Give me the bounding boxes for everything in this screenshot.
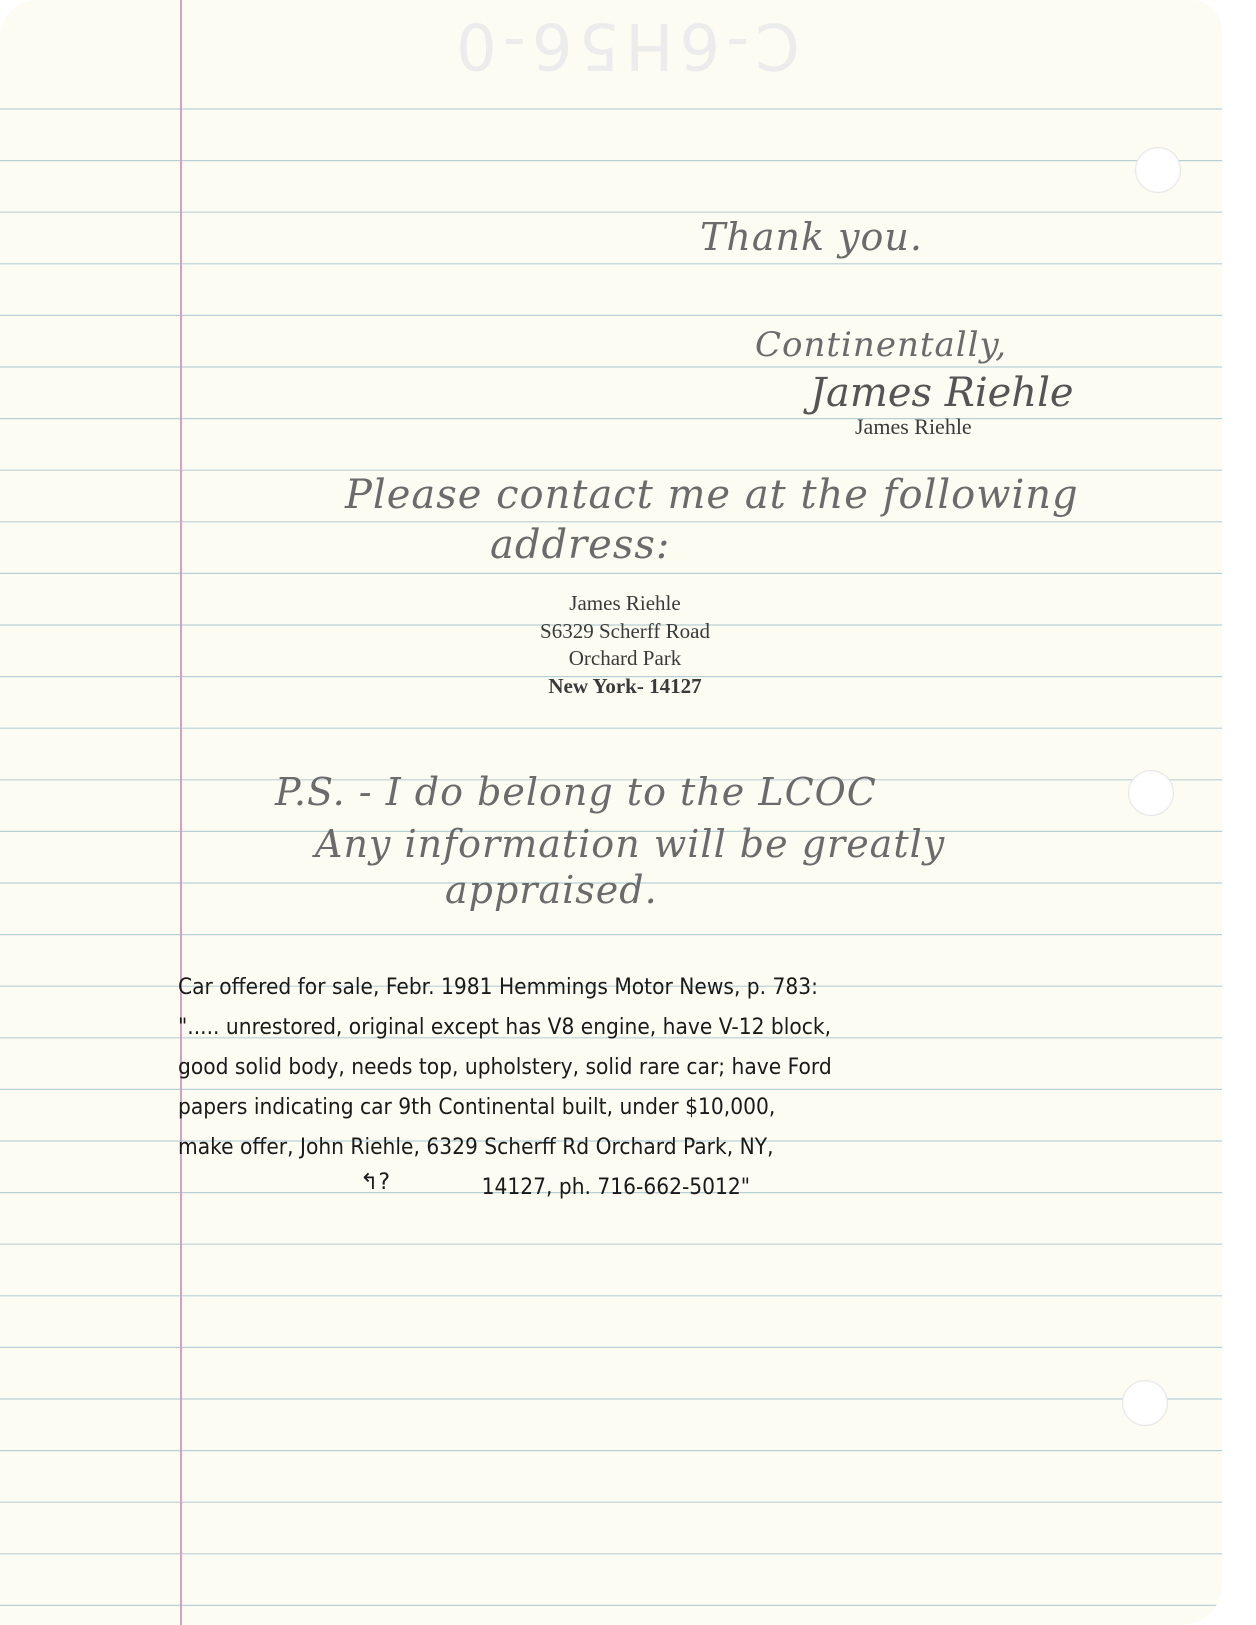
punch-hole [1135,147,1181,193]
address-city: Orchard Park [460,645,790,673]
contact-request-line2: address: [490,522,670,568]
annotation-line: papers indicating car 9th Continental bu… [178,1088,896,1128]
address-street: S6329 Scherff Road [460,618,790,646]
contact-request-line1: Please contact me at the following [345,472,1079,518]
annotation-line: Car offered for sale, Febr. 1981 Hemming… [178,968,896,1008]
notebook-page: C-6H56-0 Thank you. Continentally, James… [0,0,1222,1625]
signature: James Riehle [810,370,1074,416]
faint-stamp: C-6H56-0 [450,8,800,82]
punch-hole [1128,770,1174,816]
annotation-line: good solid body, needs top, upholstery, … [178,1048,896,1088]
punch-hole [1122,1380,1168,1426]
postscript-line1: P.S. - I do belong to the LCOC [275,770,877,814]
postscript-line3: appraised. [445,868,658,912]
valediction: Continentally, [755,325,1007,365]
margin-line [180,0,182,1625]
typed-name: James Riehle [855,414,972,440]
postscript-line2: Any information will be greatly [315,822,945,866]
annotation-line: make offer, John Riehle, 6329 Scherff Rd… [178,1128,896,1168]
thank-you-text: Thank you. [700,215,923,259]
ink-annotation: Car offered for sale, Febr. 1981 Hemming… [178,968,896,1208]
address-name: James Riehle [460,590,790,618]
annotation-line: "..... unrestored, original except has V… [178,1008,896,1048]
typed-address: James Riehle S6329 Scherff Road Orchard … [460,590,790,700]
annotation-line: 14127, ph. 716-662-5012" [178,1168,896,1208]
question-arrow-marker: ↰? [360,1170,390,1195]
address-state-zip: New York- 14127 [460,673,790,701]
